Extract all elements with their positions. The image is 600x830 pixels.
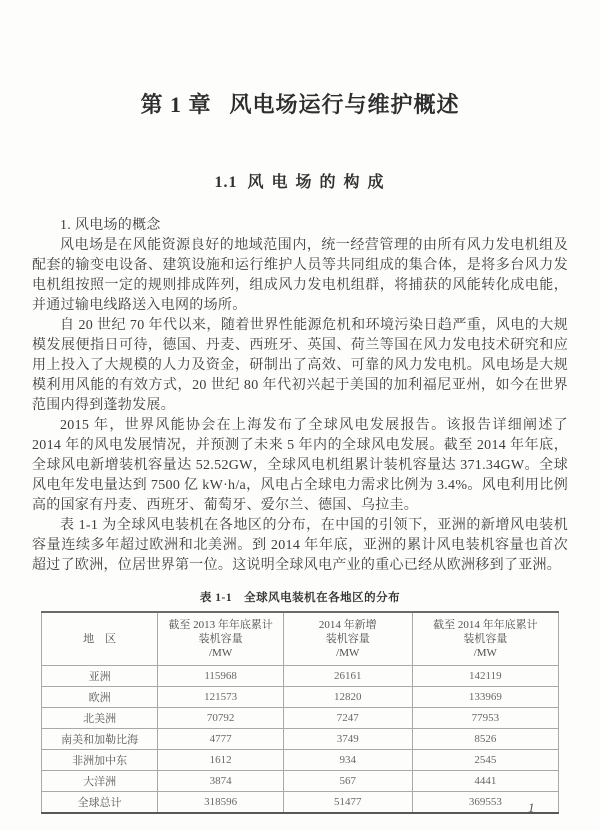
- table-cell: 南美和加勒比海: [42, 729, 158, 750]
- body-text: 1. 风电场的概念 风电场是在风能资源良好的地域范围内，统一经营管理的由所有风力…: [32, 216, 568, 576]
- table-cell: 934: [283, 750, 412, 771]
- table-cell: 121573: [158, 687, 284, 708]
- table-cell: 北美洲: [42, 708, 158, 729]
- header-region: 地 区: [42, 612, 158, 666]
- chapter-title: 第 1 章风电场运行与维护概述: [0, 0, 600, 119]
- paragraph-2015-report: 2015 年，世界风能协会在上海发布了全球风电发展报告。该报告详细阐述了 201…: [32, 416, 568, 516]
- table-row-south-america-caribbean: 南美和加勒比海 4777 3749 8526: [42, 729, 559, 750]
- table-row-north-america: 北美洲 70792 7247 77953: [42, 708, 559, 729]
- table-cell: 142119: [412, 666, 558, 687]
- scanned-book-page: 第 1 章风电场运行与维护概述 1.1风 电 场 的 构 成 1. 风电场的概念…: [0, 0, 600, 830]
- paragraph-history: 自 20 世纪 70 年代以来，随着世界性能源危机和环境污染日趋严重，风电的大规…: [32, 316, 568, 416]
- header-cumulative-2013: 截至 2013 年年底累计 装机容量 /MW: [158, 612, 284, 666]
- table-row-asia: 亚洲 115968 26161 142119: [42, 666, 559, 687]
- table-cell: 4441: [412, 771, 558, 792]
- table-cell: 亚洲: [42, 666, 158, 687]
- page-number: 1: [528, 800, 535, 816]
- table-header-row: 地 区 截至 2013 年年底累计 装机容量 /MW 2014 年新增 装机容量…: [42, 612, 559, 666]
- table-cell: 133969: [412, 687, 558, 708]
- table-row-europe: 欧洲 121573 12820 133969: [42, 687, 559, 708]
- header-new-2014: 2014 年新增 装机容量 /MW: [283, 612, 412, 666]
- paragraph-definition: 风电场是在风能资源良好的地域范围内，统一经营管理的由所有风力发电机组及配套的输变…: [32, 236, 568, 316]
- table-cell: 70792: [158, 708, 284, 729]
- chapter-name: 风电场运行与维护概述: [230, 92, 460, 117]
- table-cell: 1612: [158, 750, 284, 771]
- table-row-oceania: 大洋洲 3874 567 4441: [42, 771, 559, 792]
- table-cell: 51477: [283, 792, 412, 813]
- table-cell: 369553: [412, 792, 558, 813]
- table-cell: 3874: [158, 771, 284, 792]
- header-cumulative-2014: 截至 2014 年年底累计 装机容量 /MW: [412, 612, 558, 666]
- section-title: 1.1风 电 场 的 构 成: [0, 169, 600, 192]
- table-cell: 欧洲: [42, 687, 158, 708]
- section-number: 1.1: [214, 174, 237, 191]
- table-cell: 8526: [412, 729, 558, 750]
- table-caption: 表 1-1 全球风电装机在各地区的分布: [0, 589, 600, 605]
- table-cell: 115968: [158, 666, 284, 687]
- table-cell: 7247: [283, 708, 412, 729]
- table-cell: 全球总计: [42, 792, 158, 813]
- table-cell: 26161: [283, 666, 412, 687]
- section-name: 风 电 场 的 构 成: [247, 174, 385, 191]
- chapter-number: 第 1 章: [140, 92, 211, 117]
- table-cell: 4777: [158, 729, 284, 750]
- paragraph-table-intro: 表 1-1 为全球风电装机在各地区的分布，在中国的引领下，亚洲的新增风电装机容量…: [32, 516, 568, 576]
- table-cell: 非洲加中东: [42, 750, 158, 771]
- table-cell: 3749: [283, 729, 412, 750]
- table-cell: 77953: [412, 708, 558, 729]
- table-cell: 大洋洲: [42, 771, 158, 792]
- table-row-africa-middle-east: 非洲加中东 1612 934 2545: [42, 750, 559, 771]
- paragraph-concept-heading: 1. 风电场的概念: [32, 216, 568, 236]
- table-cell: 567: [283, 771, 412, 792]
- table-cell: 2545: [412, 750, 558, 771]
- table-cell: 12820: [283, 687, 412, 708]
- table-cell: 318596: [158, 792, 284, 813]
- global-wind-capacity-table: 地 区 截至 2013 年年底累计 装机容量 /MW 2014 年新增 装机容量…: [41, 611, 559, 814]
- table-row-world-total: 全球总计 318596 51477 369553: [42, 792, 559, 813]
